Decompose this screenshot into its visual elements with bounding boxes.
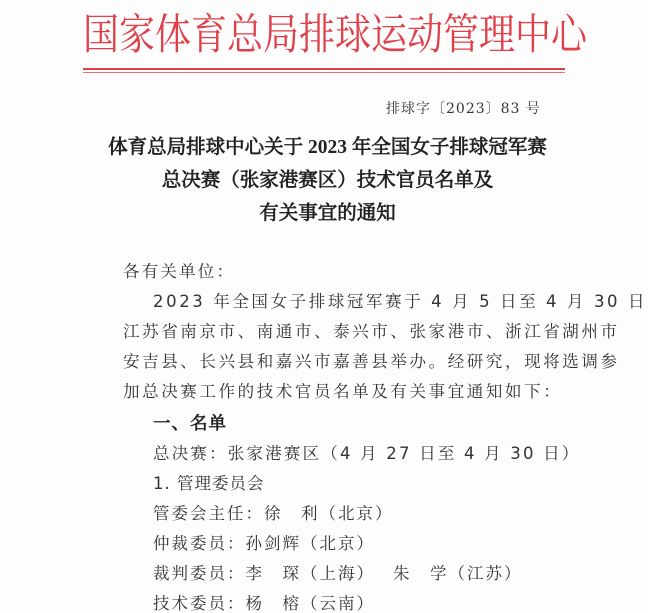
role-line-technical: 技术委员：杨 榕（云南） <box>153 590 573 613</box>
document-title: 体育总局排球中心关于 2023 年全国女子排球冠军赛 总决赛（张家港赛区）技术官… <box>100 131 555 230</box>
role-person: 徐 利（北京） <box>264 504 394 523</box>
role-person: 李 琛（上海） <box>246 564 376 583</box>
paragraph-line-3: 安吉县、长兴县和嘉兴市嘉善县举办。经研究，现将选调参 <box>123 348 543 372</box>
role-person: 杨 榕（云南） <box>246 594 376 613</box>
role-person: 朱 学（江苏） <box>393 564 523 583</box>
section-heading: 一、名单 <box>153 410 573 435</box>
role-label: 技术委员： <box>153 594 246 613</box>
committee-heading: 1. 管理委员会 <box>153 470 573 494</box>
role-label: 裁判委员： <box>153 564 246 583</box>
paragraph-line-4: 加总决赛工作的技术官员名单及有关事宜通知如下： <box>123 378 543 402</box>
paragraph-line-2: 江苏省南京市、南通市、泰兴市、张家港市、浙江省湖州市 <box>123 318 543 342</box>
role-line-director: 管委会主任：徐 利（北京） <box>153 500 573 524</box>
title-line-1: 体育总局排球中心关于 2023 年全国女子排球冠军赛 <box>100 131 555 164</box>
salutation: 各有关单位： <box>123 258 543 282</box>
role-line-arbitration: 仲裁委员：孙剑辉（北京） <box>153 530 573 554</box>
document-number: 排球字〔2023〕83 号 <box>386 99 541 119</box>
letterhead-organization: 国家体育总局排球运动管理中心 <box>83 10 565 62</box>
title-line-2: 总决赛（张家港赛区）技术官员名单及 <box>100 164 555 197</box>
final-venue: 总决赛：张家港赛区（4 月 27 日至 4 月 30 日） <box>153 440 573 464</box>
title-line-3: 有关事宜的通知 <box>100 197 555 230</box>
letterhead-rule-thick <box>83 68 565 70</box>
letterhead-rule-thin <box>83 72 565 73</box>
paragraph-line-1: 2023 年全国女子排球冠军赛于 4 月 5 日至 4 月 30 日在 <box>153 288 573 312</box>
role-label: 仲裁委员： <box>153 534 246 553</box>
role-person: 孙剑辉（北京） <box>246 534 376 553</box>
document-page: 国家体育总局排球运动管理中心 排球字〔2023〕83 号 体育总局排球中心关于 … <box>0 0 648 613</box>
role-line-referee: 裁判委员：李 琛（上海）朱 学（江苏） <box>153 560 573 584</box>
role-label: 管委会主任： <box>153 504 264 523</box>
